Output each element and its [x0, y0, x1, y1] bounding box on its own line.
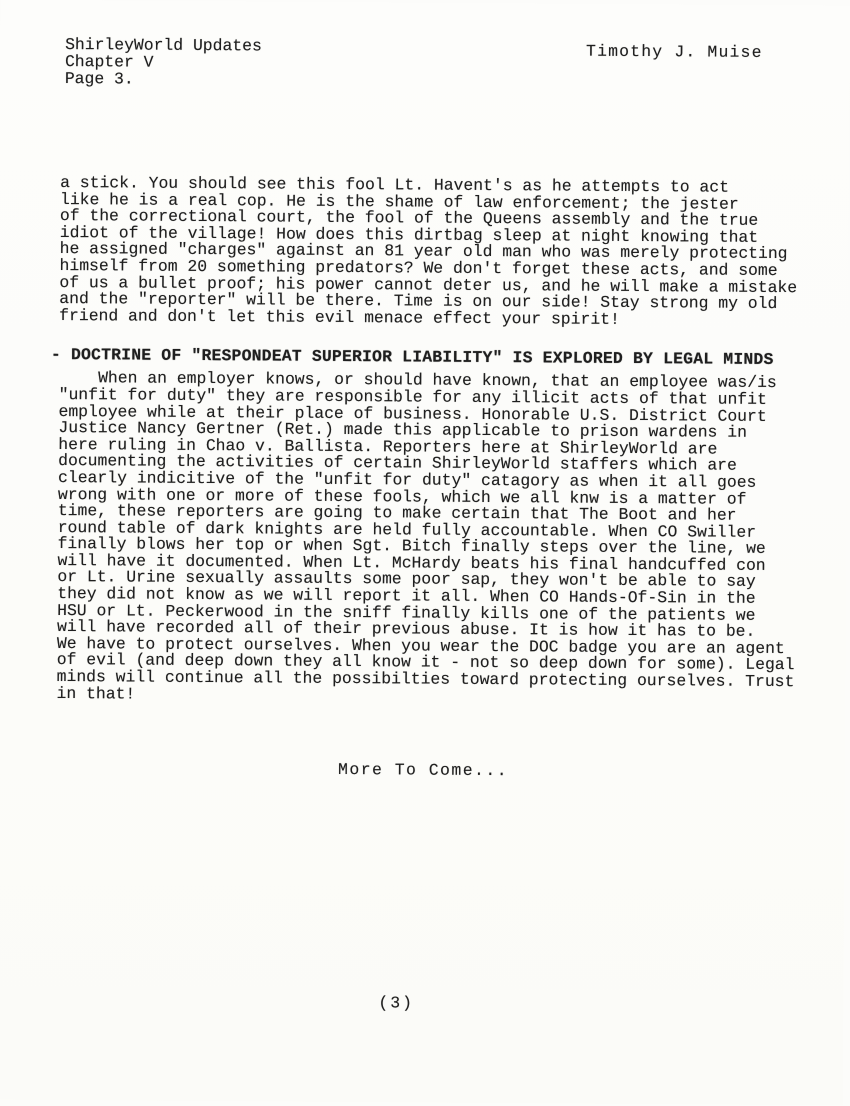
closing-line: More To Come...: [338, 762, 508, 780]
document-body: a stick. You should see this fool Lt. Ha…: [57, 175, 829, 708]
document-header-block: ShirleyWorld Updates Chapter V Page 3.: [65, 36, 262, 89]
section-heading: - DOCTRINE OF "RESPONDEAT SUPERIOR LIABI…: [51, 346, 827, 368]
author-name: Timothy J. Muise: [586, 44, 763, 62]
continuation-paragraph: a stick. You should see this fool Lt. Ha…: [59, 175, 828, 330]
section-paragraph: When an employer knows, or should have k…: [57, 370, 827, 707]
document-page: ShirleyWorld Updates Chapter V Page 3. T…: [0, 0, 850, 1100]
page-number: (3): [378, 995, 414, 1012]
